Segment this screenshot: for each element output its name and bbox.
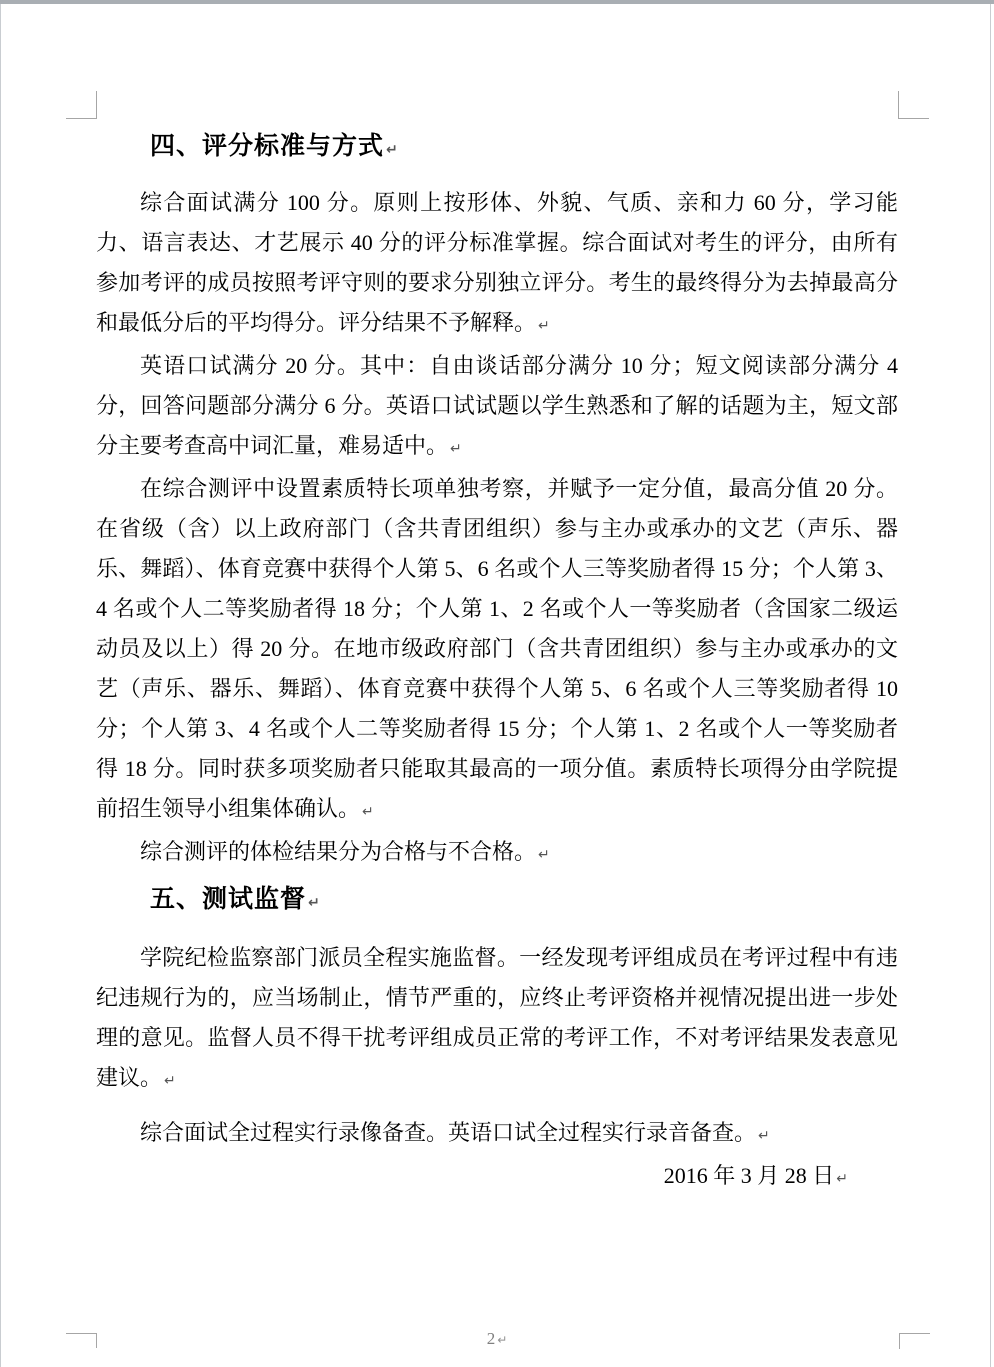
crop-mark-top-left: [66, 91, 97, 119]
paragraph-text: 综合面试全过程实行录像备查。英语口试全过程实行录音备查。: [140, 1120, 756, 1145]
paragraph-english-oral-test[interactable]: 英语口试满分 20 分。其中：自由谈话部分满分 10 分；短文阅读部分满分 4 …: [96, 346, 898, 469]
paragraph-text: 综合面试满分 100 分。原则上按形体、外貌、气质、亲和力 60 分，学习能力、…: [96, 190, 898, 335]
document-page: 四、评分标准与方式↵ 综合面试满分 100 分。原则上按形体、外貌、气质、亲和力…: [0, 0, 994, 1367]
paragraph-return-mark-icon: ↵: [360, 804, 374, 820]
page-number: 2: [487, 1329, 496, 1348]
date-text: 2016 年 3 月 28 日: [664, 1163, 835, 1188]
date-line[interactable]: 2016 年 3 月 28 日↵: [96, 1156, 898, 1199]
paragraph-return-mark-icon: ↵: [756, 1128, 770, 1144]
section-heading-4[interactable]: 四、评分标准与方式↵: [96, 128, 898, 169]
document-body[interactable]: 四、评分标准与方式↵ 综合面试满分 100 分。原则上按形体、外貌、气质、亲和力…: [96, 118, 898, 1199]
paragraph-return-mark-icon: ↵: [536, 318, 550, 334]
paragraph-supervision[interactable]: 学院纪检监察部门派员全程实施监督。一经发现考评组成员在考评过程中有违纪违规行为的…: [96, 938, 898, 1101]
paragraph-return-mark-icon: ↵: [306, 895, 321, 911]
paragraph-special-talent-scoring[interactable]: 在综合测评中设置素质特长项单独考察，并赋予一定分值，最高分值 20 分。在省级（…: [96, 469, 898, 832]
paragraph-text: 综合测评的体检结果分为合格与不合格。: [140, 839, 536, 864]
paragraph-return-mark-icon: ↵: [536, 847, 550, 863]
crop-mark-top-right: [898, 91, 929, 119]
paragraph-return-mark-icon: ↵: [834, 1171, 848, 1187]
paragraph-interview-scoring[interactable]: 综合面试满分 100 分。原则上按形体、外貌、气质、亲和力 60 分，学习能力、…: [96, 183, 898, 346]
section-heading-4-text: 四、评分标准与方式: [150, 133, 384, 160]
paragraph-return-mark-icon: ↵: [162, 1073, 176, 1089]
paragraph-physical-exam-result[interactable]: 综合测评的体检结果分为合格与不合格。↵: [96, 832, 898, 875]
paragraph-text: 在综合测评中设置素质特长项单独考察，并赋予一定分值，最高分值 20 分。在省级（…: [96, 476, 898, 821]
paragraph-return-mark-icon: ↵: [495, 1333, 507, 1347]
paragraph-recording[interactable]: 综合面试全过程实行录像备查。英语口试全过程实行录音备查。↵: [96, 1113, 898, 1156]
section-heading-5-text: 五、测试监督: [150, 886, 306, 913]
paragraph-text: 学院纪检监察部门派员全程实施监督。一经发现考评组成员在考评过程中有违纪违规行为的…: [96, 945, 898, 1090]
paragraph-text: 英语口试满分 20 分。其中：自由谈话部分满分 10 分；短文阅读部分满分 4 …: [96, 353, 898, 458]
paragraph-return-mark-icon: ↵: [384, 142, 399, 158]
paragraph-return-mark-icon: ↵: [448, 441, 462, 457]
page-footer: 2↵: [0, 1327, 994, 1352]
window-top-edge: [0, 0, 994, 4]
section-heading-5[interactable]: 五、测试监督↵: [96, 881, 898, 922]
page-left-edge: [0, 4, 1, 1367]
page-right-edge: [990, 4, 991, 1367]
